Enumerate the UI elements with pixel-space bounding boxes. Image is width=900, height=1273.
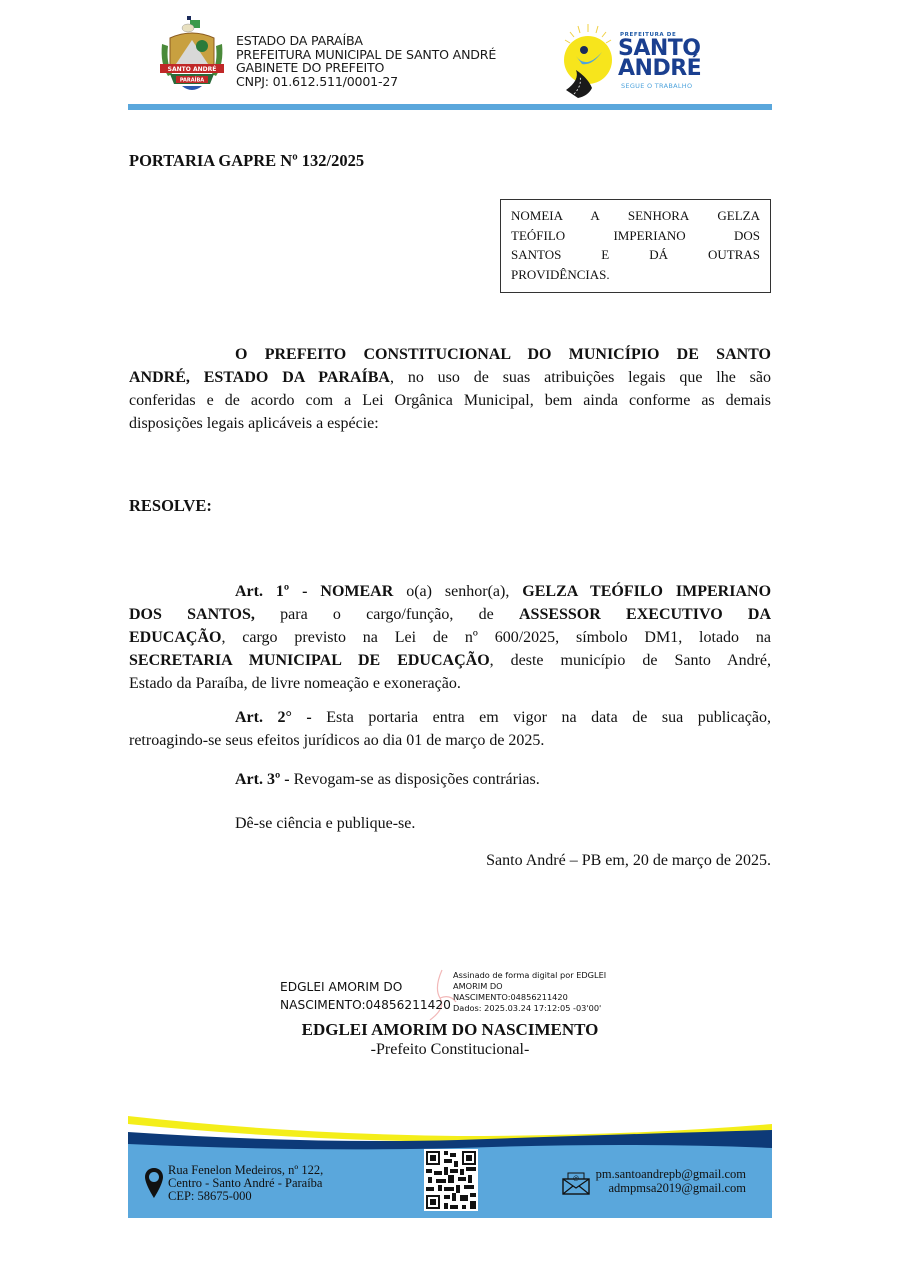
article-3: Art. 3º - Revogam-se as disposições cont… — [129, 768, 771, 791]
publication-clause: Dê-se ciência e publique-se. — [129, 812, 771, 835]
header-divider — [128, 104, 772, 110]
svg-text:PARAÍBA: PARAÍBA — [180, 76, 204, 84]
letterhead-footer: Rua Fenelon Medeiros, nº 122, Centro - S… — [128, 1108, 772, 1218]
footer-emails: pm.santoandrepb@gmail.com admpmsa2019@gm… — [595, 1168, 746, 1195]
location-pin-icon — [145, 1168, 163, 1198]
email-link[interactable]: pm.santoandrepb@gmail.com — [595, 1168, 746, 1182]
city-hall-name: PREFEITURA MUNICIPAL DE SANTO ANDRÉ — [236, 48, 496, 62]
resolve-heading: RESOLVE: — [129, 496, 212, 516]
brand-name: SANTO ANDRÉ — [618, 39, 701, 79]
email-link[interactable]: admpmsa2019@gmail.com — [595, 1182, 746, 1196]
ementa-box: NOMEIA A SENHORA GELZA TEÓFILO IMPERIANO… — [500, 199, 771, 293]
letterhead: SANTO ANDRÉ PARAÍBA ESTADO DA PARAÍBA PR… — [128, 12, 772, 102]
signature-details: Assinado de forma digital por EDGLEI AMO… — [453, 970, 606, 1014]
document-title: PORTARIA GAPRE Nº 132/2025 — [129, 151, 364, 171]
svg-text:SANTO ANDRÉ: SANTO ANDRÉ — [168, 65, 217, 73]
cnpj: CNPJ: 01.612.511/0001-27 — [236, 75, 496, 89]
preamble-paragraph: O PREFEITO CONSTITUCIONAL DO MUNICÍPIO D… — [129, 343, 771, 435]
signer-name: EDGLEI AMORIM DO NASCIMENTO:04856211420 — [280, 978, 451, 1014]
brand-tagline: SEGUE O TRABALHO — [621, 82, 692, 90]
place-date: Santo André – PB em, 20 de março de 2025… — [486, 852, 771, 870]
envelope-at-icon: @ — [562, 1171, 590, 1195]
signatory-role: -Prefeito Constitucional- — [280, 1041, 620, 1059]
svg-text:@: @ — [573, 1175, 579, 1182]
article-2: Art. 2° - Esta portaria entra em vigor n… — [129, 706, 771, 752]
state-name: ESTADO DA PARAÍBA — [236, 34, 496, 48]
qr-code[interactable] — [424, 1149, 478, 1211]
article-1: Art. 1º - NOMEAR o(a) senhor(a), GELZA T… — [129, 580, 771, 695]
footer-address: Rua Fenelon Medeiros, nº 122, Centro - S… — [168, 1164, 323, 1203]
coat-of-arms-logo: SANTO ANDRÉ PARAÍBA — [154, 14, 230, 94]
letterhead-text: ESTADO DA PARAÍBA PREFEITURA MUNICIPAL D… — [236, 34, 496, 88]
digital-signature: EDGLEI AMORIM DO NASCIMENTO:04856211420 … — [280, 968, 620, 1068]
office-name: GABINETE DO PREFEITO — [236, 61, 496, 75]
signatory-full-name: EDGLEI AMORIM DO NASCIMENTO — [280, 1020, 620, 1040]
